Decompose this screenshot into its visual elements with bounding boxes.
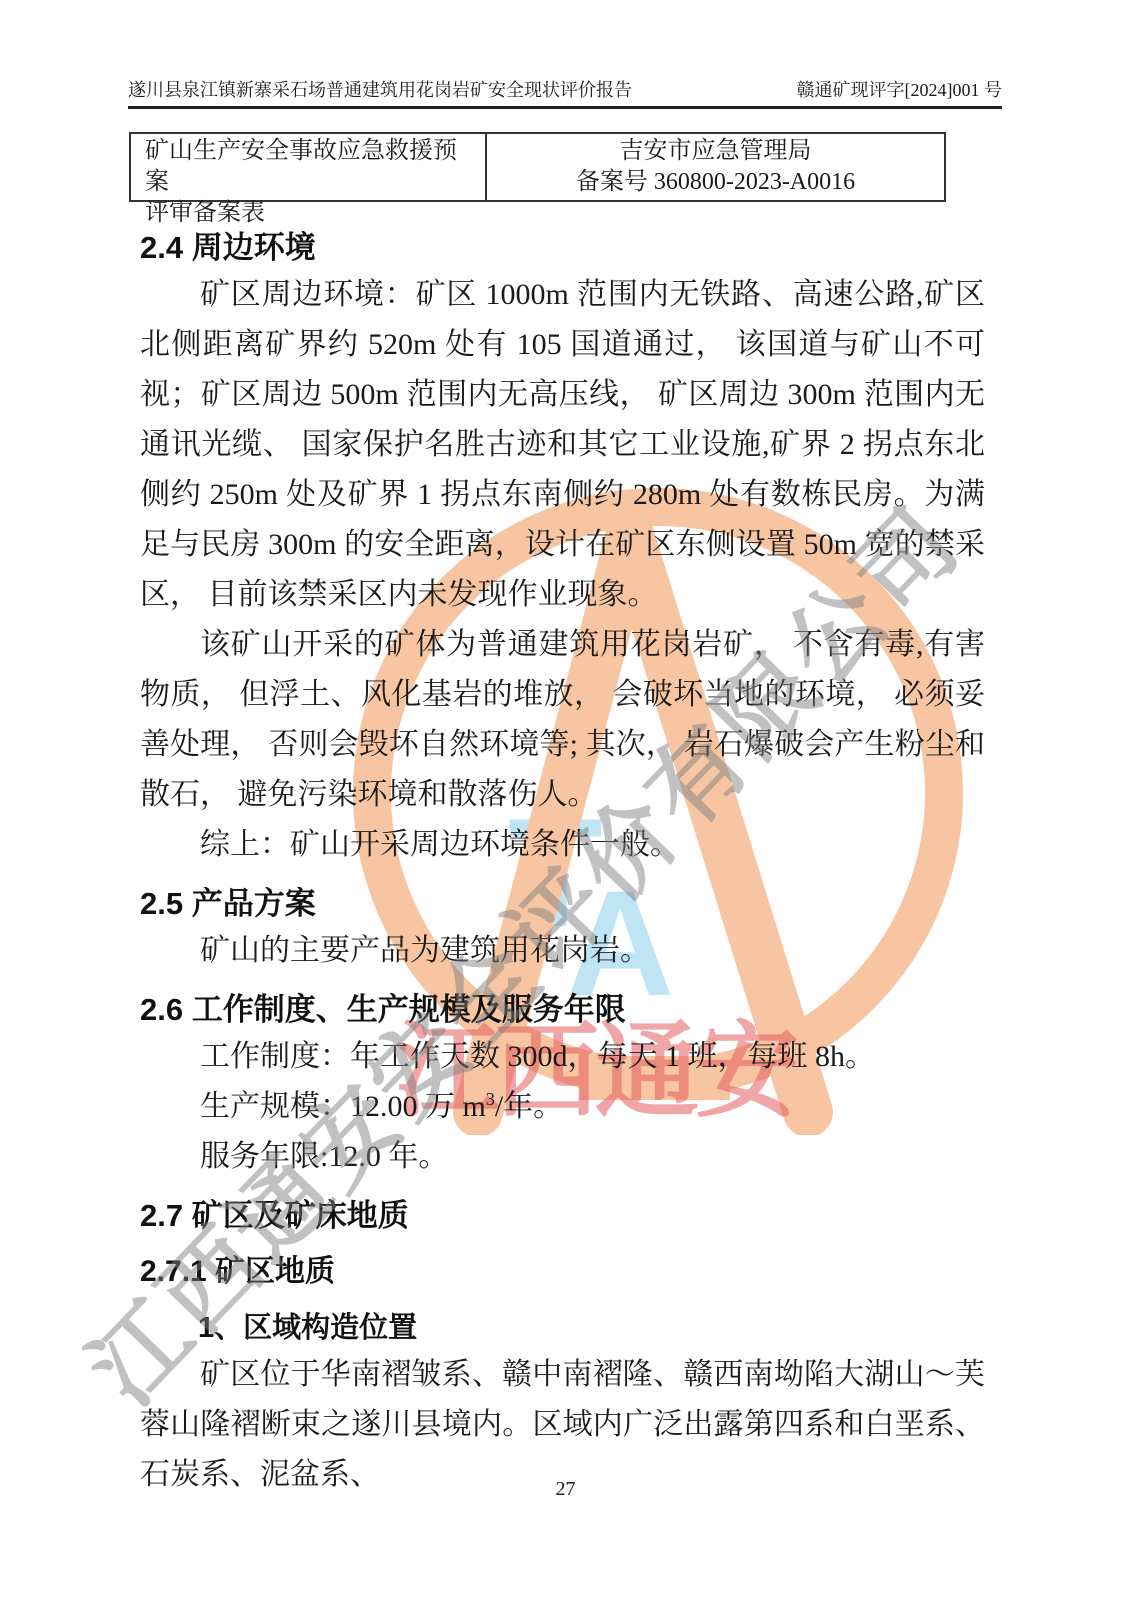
header-report-title: 遂川县泉江镇新寨采石场普通建筑用花岗岩矿安全现状评价报告	[128, 78, 632, 102]
record-table-right-cell: 吉安市应急管理局 备案号 360800-2023-A0016	[487, 134, 944, 200]
page-number: 27	[0, 1478, 1131, 1501]
paragraph-surrounding-env-1: 矿区周边环境：矿区 1000m 范围内无铁路、高速公路,矿区北侧距离矿界约 52…	[140, 270, 985, 620]
heading-2-4: 2.4 周边环境	[140, 226, 985, 270]
document-page: T A 江西通安 遂川县泉江镇新寨采石场普通建筑用花岗岩矿安全现状评价报告 赣通…	[0, 0, 1131, 1600]
paragraph-surrounding-env-2: 该矿山开采的矿体为普通建筑用花岗岩矿， 不含有毒,有害物质， 但浮土、风化基岩的…	[140, 620, 985, 820]
heading-2-5: 2.5 产品方案	[140, 882, 985, 926]
paragraph-surrounding-env-summary: 综上：矿山开采周边环境条件一般。	[140, 820, 985, 870]
heading-2-7: 2.7 矿区及矿床地质	[140, 1194, 985, 1238]
heading-2-6: 2.6 工作制度、生产规模及服务年限	[140, 988, 985, 1032]
paragraph-product-plan: 矿山的主要产品为建筑用花岗岩。	[140, 926, 985, 976]
record-table-left-line2: 评审备案表	[145, 198, 475, 229]
heading-regional-structure: 1、区域构造位置	[140, 1306, 985, 1350]
record-table-left-line1: 矿山生产安全事故应急救援预案	[145, 136, 475, 198]
record-table-right-line2: 备案号 360800-2023-A0016	[487, 167, 944, 198]
page-header: 遂川县泉江镇新寨采石场普通建筑用花岗岩矿安全现状评价报告 赣通矿现评字[2024…	[128, 78, 1002, 109]
document-body: 2.4 周边环境 矿区周边环境：矿区 1000m 范围内无铁路、高速公路,矿区北…	[140, 226, 985, 1500]
header-doc-number: 赣通矿现评字[2024]001 号	[797, 78, 1003, 102]
record-table-left-cell: 矿山生产安全事故应急救援预案 评审备案表	[131, 134, 487, 200]
paragraph-production-scale: 生产规模：12.00 万 m3/年。	[140, 1082, 985, 1132]
cubic-meter-superscript: 3	[486, 1089, 495, 1109]
record-table-right-line1: 吉安市应急管理局	[487, 136, 944, 167]
paragraph-work-system: 工作制度：年工作天数 300d，每天 1 班，每班 8h。	[140, 1032, 985, 1082]
heading-2-7-1: 2.7.1 矿区地质	[140, 1250, 985, 1294]
record-table: 矿山生产安全事故应急救援预案 评审备案表 吉安市应急管理局 备案号 360800…	[129, 132, 946, 202]
paragraph-service-life: 服务年限:12.0 年。	[140, 1132, 985, 1182]
